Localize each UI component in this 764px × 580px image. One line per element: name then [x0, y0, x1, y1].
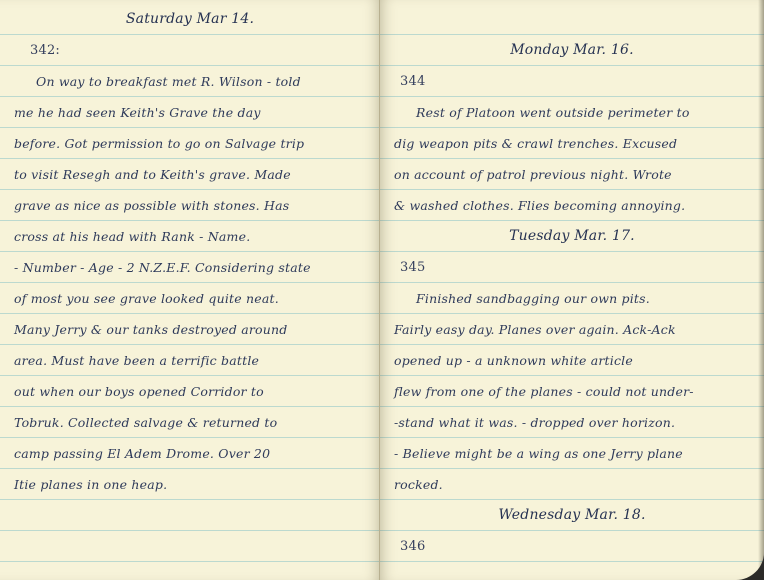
entry-date: Monday Mar. 16. [380, 35, 764, 66]
page-corner [740, 556, 764, 580]
entry-number: 345 [400, 252, 764, 283]
entry-line: of most you see grave looked quite neat. [14, 283, 380, 314]
entry-number: 342: [30, 35, 380, 66]
entry-line: -stand what it was. - dropped over horiz… [394, 407, 764, 438]
entry-line: Fairly easy day. Planes over again. Ack-… [394, 314, 764, 345]
entry-line: camp passing El Adem Drome. Over 20 [14, 438, 380, 469]
entry-line: Itie planes in one heap. [14, 469, 380, 500]
entry-line: dig weapon pits & crawl trenches. Excuse… [394, 128, 764, 159]
entry-line: me he had seen Keith's Grave the day [14, 97, 380, 128]
entry-line: on account of patrol previous night. Wro… [394, 159, 764, 190]
entry-line: to visit Resegh and to Keith's grave. Ma… [14, 159, 380, 190]
entry-line: out when our boys opened Corridor to [14, 376, 380, 407]
entry-line: - Number - Age - 2 N.Z.E.F. Considering … [14, 252, 380, 283]
right-page: Monday Mar. 16. 344 Rest of Platoon went… [380, 0, 764, 580]
left-page: Saturday Mar 14. 342: On way to breakfas… [0, 0, 380, 580]
entry-date: Wednesday Mar. 18. [380, 500, 764, 531]
entry-line: Tobruk. Collected salvage & returned to [14, 407, 380, 438]
entry-line: Many Jerry & our tanks destroyed around [14, 314, 380, 345]
entry-line: Finished sandbagging our own pits. [416, 283, 764, 314]
entry-number: 344 [400, 66, 764, 97]
entry-line: flew from one of the planes - could not … [394, 376, 764, 407]
entry-line: & washed clothes. Flies becoming annoyin… [394, 190, 764, 221]
entry-line: grave as nice as possible with stones. H… [14, 190, 380, 221]
entry-number: 346 [400, 531, 764, 562]
entry-line: opened up - a unknown white article [394, 345, 764, 376]
entry-line: Rest of Platoon went outside perimeter t… [416, 97, 764, 128]
entry-date: Tuesday Mar. 17. [380, 221, 764, 252]
entry-date: Saturday Mar 14. [0, 4, 380, 35]
entry-line: cross at his head with Rank - Name. [14, 221, 380, 252]
entry-line: area. Must have been a terrific battle [14, 345, 380, 376]
diary-spread: Saturday Mar 14. 342: On way to breakfas… [0, 0, 764, 580]
entry-line: On way to breakfast met R. Wilson - told [36, 66, 380, 97]
entry-line: rocked. [394, 469, 764, 500]
entry-line: - Believe might be a wing as one Jerry p… [394, 438, 764, 469]
page-edge-shadow [758, 0, 764, 580]
entry-line: before. Got permission to go on Salvage … [14, 128, 380, 159]
